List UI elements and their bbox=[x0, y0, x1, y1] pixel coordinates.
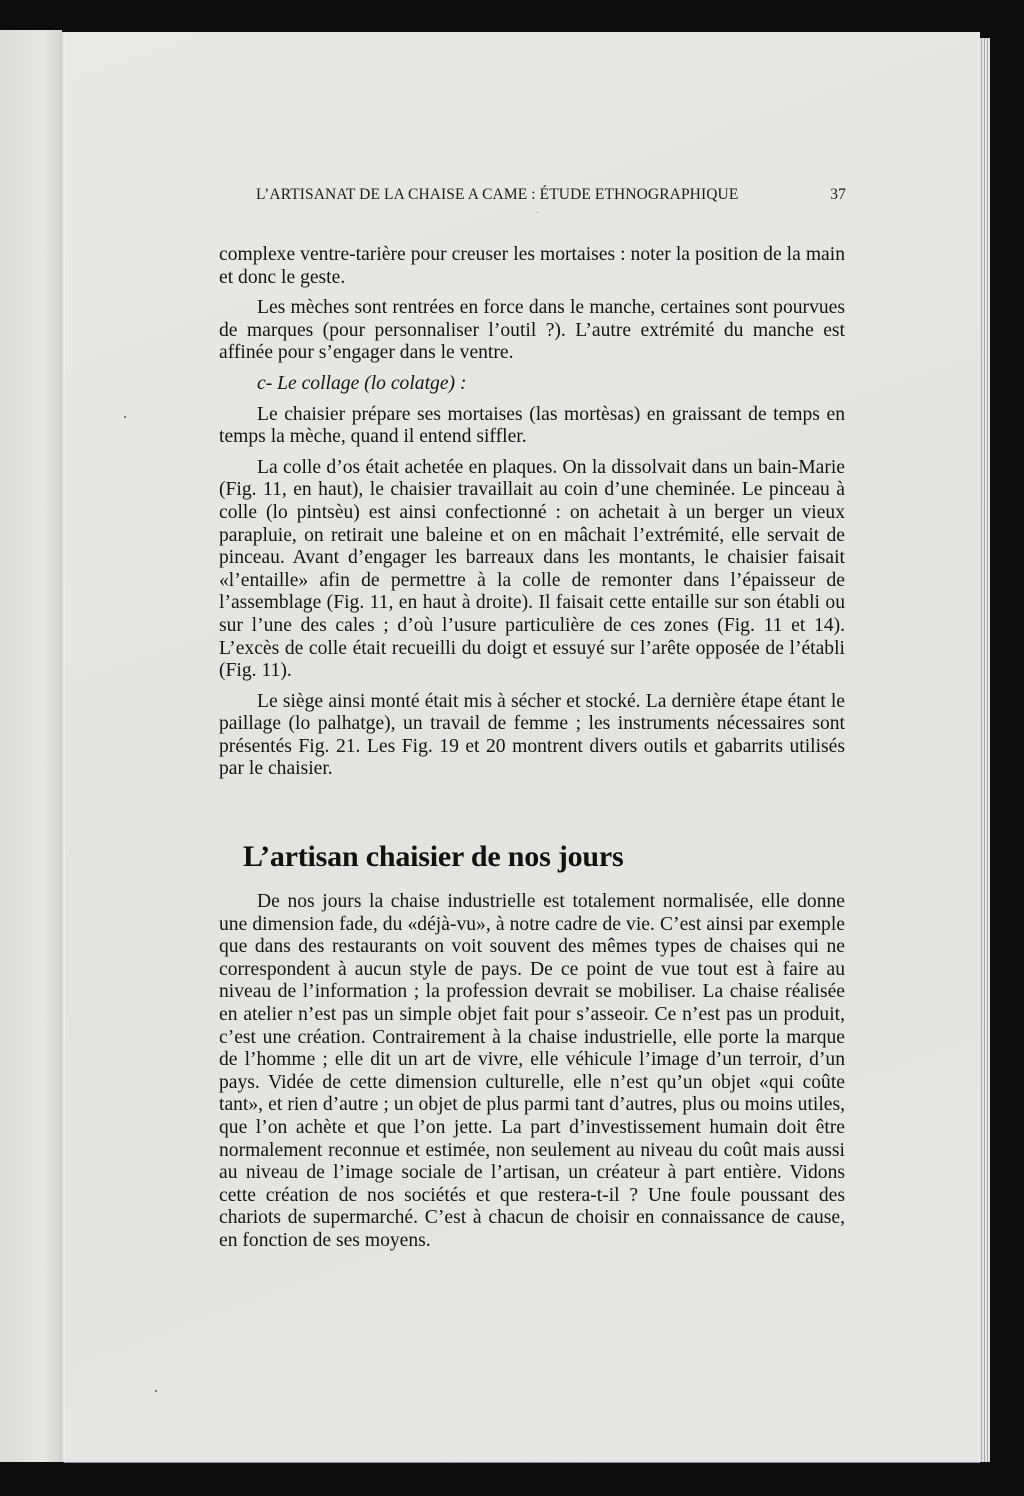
subheading-collage: c- Le collage (lo colatge) : bbox=[219, 373, 845, 396]
book-gutter bbox=[60, 32, 65, 1462]
paragraph: La colle d’os était achetée en plaques. … bbox=[219, 457, 845, 683]
page-number: 37 bbox=[830, 186, 846, 204]
facing-page-edge bbox=[0, 30, 62, 1462]
paragraph: De nos jours la chaise industrielle est … bbox=[219, 891, 845, 1253]
paper-speck bbox=[124, 416, 126, 418]
paragraph: Le chaisier prépare ses mortaises (las m… bbox=[219, 404, 845, 449]
paper-speck bbox=[155, 1390, 157, 1392]
paper-speck bbox=[537, 212, 538, 213]
section-heading: L’artisan chaisier de nos jours bbox=[243, 840, 624, 874]
paragraph: complexe ventre-tarière pour creuser les… bbox=[219, 244, 845, 289]
paragraph: Les mèches sont rentrées en force dans l… bbox=[219, 297, 845, 365]
running-head: L’ARTISANAT DE LA CHAISE A CAME : ÉTUDE … bbox=[256, 186, 846, 204]
paragraph: Le siège ainsi monté était mis à sécher … bbox=[219, 691, 845, 781]
section-collage-text: complexe ventre-tarière pour creuser les… bbox=[219, 244, 845, 789]
section-artisan-text: De nos jours la chaise industrielle est … bbox=[219, 891, 845, 1261]
running-head-title: L’ARTISANAT DE LA CHAISE A CAME : ÉTUDE … bbox=[256, 186, 738, 204]
